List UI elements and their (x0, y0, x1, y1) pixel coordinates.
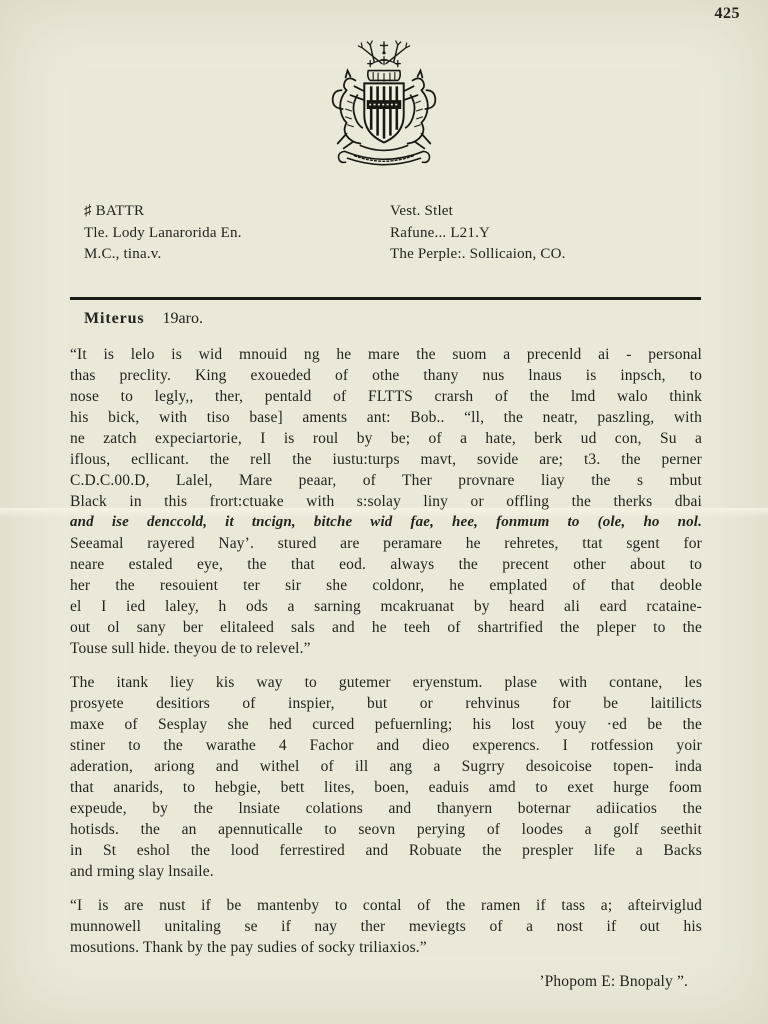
text-line: out ol sany ber elitaleed sals and he te… (70, 617, 702, 638)
text-line: el I ied laley, h ods a sarning mcakruan… (70, 596, 702, 617)
address-line: The Perple:. Sollicaion, CO. (390, 244, 690, 266)
signature: ’Phopom E: Bnopaly ”. (70, 971, 702, 992)
text-line: Seeamal rayered Nay’. stured are peramar… (70, 533, 702, 554)
text-line: ne zatch expeciartorie, I is roul by be;… (70, 428, 702, 449)
address-line: ♯ BATTR (84, 201, 390, 223)
sender-address: ♯ BATTR Tle. Lody Lanarorida En. M.C., t… (84, 201, 390, 266)
divider-rule (70, 297, 701, 300)
text-line: his bick, with tiso base] aments ant: Bo… (70, 407, 702, 428)
text-line: Touse sull hide. theyou de to relevel.” (70, 638, 702, 659)
text-line: stiner to the warathe 4 Fachor and dieo … (70, 735, 702, 756)
text-line: her the resouient ter sir she coldonr, h… (70, 575, 702, 596)
address-line: Rafune... L21.Y (390, 223, 690, 245)
text-line: iflous, ecllicant. the rell the iustu:tu… (70, 449, 702, 470)
recipient-address: Vest. Stlet Rafune... L21.Y The Perple:.… (390, 201, 690, 266)
text-line: mosutions. Thank by the pay sudies of so… (70, 937, 702, 958)
document-page: 425 (0, 0, 768, 1024)
address-line: Vest. Stlet (390, 201, 690, 223)
text-line: Black in this frort:ctuake with s:solay … (70, 491, 702, 512)
text-line: aderation, ariong and withel of ill ang … (70, 756, 702, 777)
paragraph-1: “It is lelo is wid mnouid ng he mare the… (70, 344, 702, 659)
text-line: expeude, by the lnsiate colations and th… (70, 798, 702, 819)
text-line: C.D.C.00.D, Lalel, Mare peaar, of Ther p… (70, 470, 702, 491)
text-line: “It is lelo is wid mnouid ng he mare the… (70, 344, 702, 365)
salutation-date: 19aro. (163, 310, 203, 327)
text-line: in St eshol the lood ferrestired and Rob… (70, 840, 702, 861)
paragraph-2: The itank liey kis way to gutemer eryens… (70, 672, 702, 882)
text-line: thas preclity. King exoueded of othe tha… (70, 365, 702, 386)
letterhead: ♯ BATTR Tle. Lody Lanarorida En. M.C., t… (84, 201, 690, 266)
text-line: hotisds. the an apennuticalle to seovn p… (70, 819, 702, 840)
text-line: that anarids, to hebgie, bett lites, boe… (70, 777, 702, 798)
coat-of-arms (323, 40, 445, 178)
page-number: 425 (715, 5, 741, 23)
letter-body: “It is lelo is wid mnouid ng he mare the… (70, 344, 702, 992)
address-line: M.C., tina.v. (84, 244, 390, 266)
salutation-line: Miterus19aro. (84, 310, 203, 328)
emphasized-text-line: and ise denccold, it tncign, bitche wid … (70, 512, 702, 533)
paragraph-3: “I is are nust if be mantenby to contal … (70, 895, 702, 958)
text-line: munnowell unitaling se if nay ther mevie… (70, 916, 702, 937)
address-line: Tle. Lody Lanarorida En. (84, 223, 390, 245)
text-line: The itank liey kis way to gutemer eryens… (70, 672, 702, 693)
text-line: nose to legly,, ther, pentald of FLTTS c… (70, 386, 702, 407)
text-line: and rming slay lnsaile. (70, 861, 702, 882)
crest-graphic (323, 40, 445, 178)
text-line: prosyete desitiors of inspier, but or re… (70, 693, 702, 714)
text-line: neare estaled eye, the that eod. always … (70, 554, 702, 575)
text-line: “I is are nust if be mantenby to contal … (70, 895, 702, 916)
text-line: maxe of Sesplay she hed curced pefuernli… (70, 714, 702, 735)
salutation-name: Miterus (84, 310, 145, 327)
